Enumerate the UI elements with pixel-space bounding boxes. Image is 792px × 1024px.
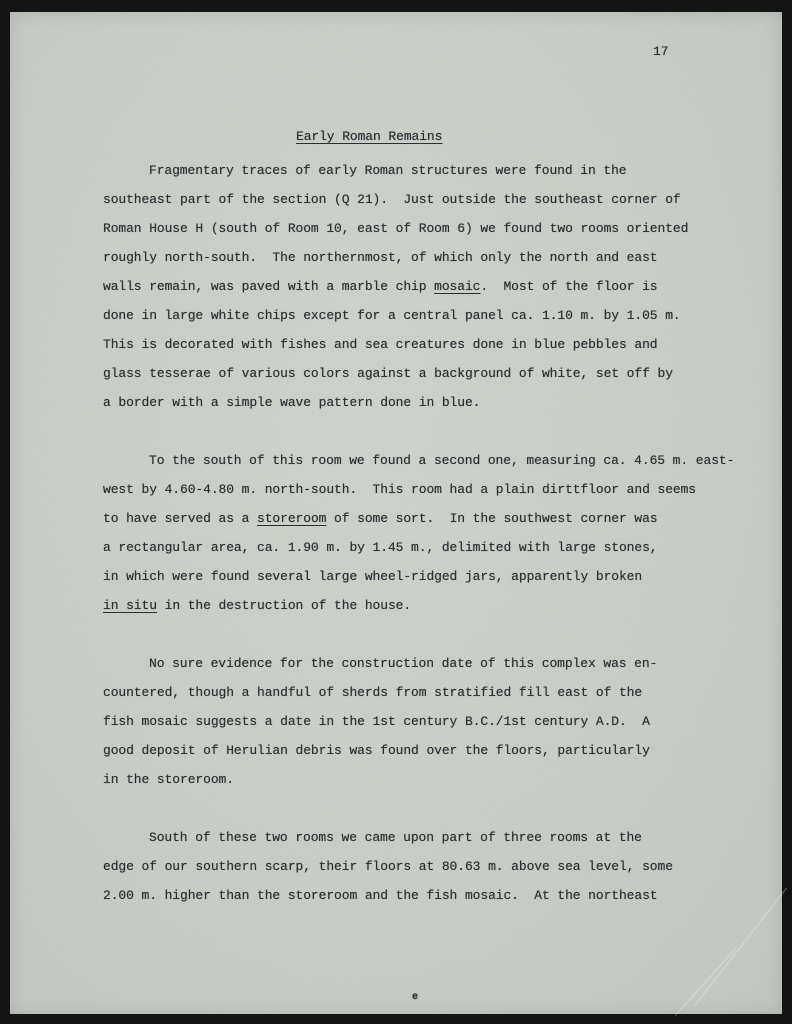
footer-ink-mark: e <box>412 993 422 1003</box>
text-line: countered, though a handful of sherds fr… <box>103 678 743 707</box>
text-line: good deposit of Herulian debris was foun… <box>103 736 743 765</box>
text-segment: a rectangular area, ca. 1.90 m. by 1.45 … <box>103 540 658 555</box>
text-segment: southeast part of the section (Q 21). Ju… <box>103 192 681 207</box>
text-segment: No sure evidence for the construction da… <box>149 656 657 671</box>
text-segment: Fragmentary traces of early Roman struct… <box>149 163 626 178</box>
text-line: roughly north-south. The northernmost, o… <box>103 243 743 272</box>
text-line: Fragmentary traces of early Roman struct… <box>103 156 743 185</box>
text-line: to have served as a storeroom of some so… <box>103 504 743 533</box>
text-line: No sure evidence for the construction da… <box>103 649 743 678</box>
underlined-text: storeroom <box>257 511 326 526</box>
page-number: 17 <box>653 37 669 66</box>
text-segment: glass tesserae of various colors against… <box>103 366 673 381</box>
text-segment: roughly north-south. The northernmost, o… <box>103 250 658 265</box>
text-segment: . Most of the floor is <box>480 279 657 294</box>
text-line: Roman House H (south of Room 10, east of… <box>103 214 743 243</box>
document-page: 17 Early Roman Remains Fragmentary trace… <box>10 12 782 1014</box>
text-line: South of these two rooms we came upon pa… <box>103 823 743 852</box>
text-line: 2.00 m. higher than the storeroom and th… <box>103 881 743 910</box>
text-segment: walls remain, was paved with a marble ch… <box>103 279 434 294</box>
text-segment: of some sort. In the southwest corner wa… <box>326 511 657 526</box>
text-segment: in the storeroom. <box>103 772 234 787</box>
text-line: in the storeroom. <box>103 765 743 794</box>
text-line: fish mosaic suggests a date in the 1st c… <box>103 707 743 736</box>
paragraph: South of these two rooms we came upon pa… <box>103 823 743 910</box>
text-line: glass tesserae of various colors against… <box>103 359 743 388</box>
text-segment: 2.00 m. higher than the storeroom and th… <box>103 888 658 903</box>
paragraph: To the south of this room we found a sec… <box>103 446 743 620</box>
paragraph: Fragmentary traces of early Roman struct… <box>103 156 743 417</box>
text-line: This is decorated with fishes and sea cr… <box>103 330 743 359</box>
underlined-text: mosaic <box>434 279 480 294</box>
scan-scratch <box>675 948 736 1016</box>
text-line: To the south of this room we found a sec… <box>103 446 743 475</box>
text-line: in situ in the destruction of the house. <box>103 591 743 620</box>
text-segment: edge of our southern scarp, their floors… <box>103 859 673 874</box>
page-content: Early Roman Remains Fragmentary traces o… <box>103 122 743 939</box>
text-line: southeast part of the section (Q 21). Ju… <box>103 185 743 214</box>
text-segment: fish mosaic suggests a date in the 1st c… <box>103 714 650 729</box>
text-segment: in which were found several large wheel-… <box>103 569 642 584</box>
text-segment: west by 4.60-4.80 m. north-south. This r… <box>103 482 696 497</box>
text-segment: good deposit of Herulian debris was foun… <box>103 743 650 758</box>
text-segment: to have served as a <box>103 511 257 526</box>
underlined-text: in situ <box>103 598 157 613</box>
text-segment: countered, though a handful of sherds fr… <box>103 685 642 700</box>
text-line: done in large white chips except for a c… <box>103 301 743 330</box>
text-segment: a border with a simple wave pattern done… <box>103 395 480 410</box>
text-segment: South of these two rooms we came upon pa… <box>149 830 642 845</box>
text-line: edge of our southern scarp, their floors… <box>103 852 743 881</box>
text-segment: done in large white chips except for a c… <box>103 308 681 323</box>
text-line: a border with a simple wave pattern done… <box>103 388 743 417</box>
text-line: west by 4.60-4.80 m. north-south. This r… <box>103 475 743 504</box>
page-title: Early Roman Remains <box>296 122 442 151</box>
document-body: Fragmentary traces of early Roman struct… <box>103 156 743 910</box>
text-segment: To the south of this room we found a sec… <box>149 453 734 468</box>
text-segment: in the destruction of the house. <box>157 598 411 613</box>
text-line: in which were found several large wheel-… <box>103 562 743 591</box>
paragraph: No sure evidence for the construction da… <box>103 649 743 794</box>
text-segment: This is decorated with fishes and sea cr… <box>103 337 658 352</box>
text-line: walls remain, was paved with a marble ch… <box>103 272 743 301</box>
text-segment: Roman House H (south of Room 10, east of… <box>103 221 688 236</box>
text-line: a rectangular area, ca. 1.90 m. by 1.45 … <box>103 533 743 562</box>
